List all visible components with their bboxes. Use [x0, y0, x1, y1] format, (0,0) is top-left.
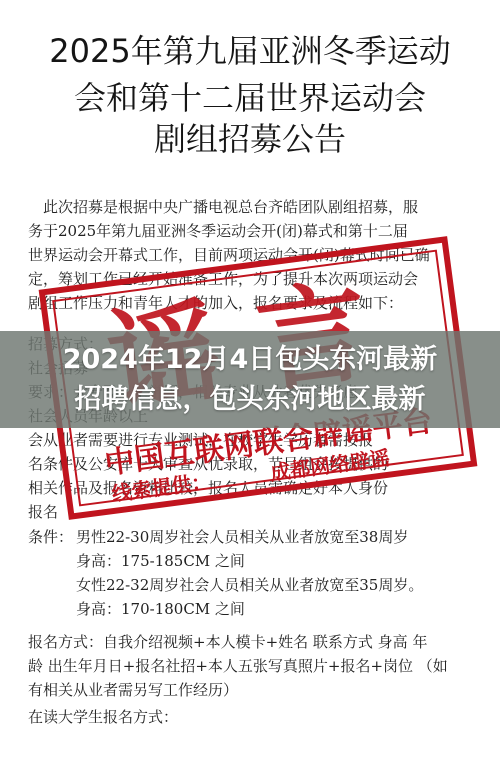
signup-line: 龄 出生年月日+报名社招+本人五张写真照片+报名+岗位 （如	[28, 654, 468, 678]
student-signup-heading: 在读大学生报名方式：	[28, 705, 468, 729]
condition-row: 女性22-32周岁社会人员相关从业者放宽至35周岁。	[28, 573, 423, 597]
poster-title-line-2: 会和第十二届世界运动会	[0, 73, 500, 119]
condition-row: 身高：170-180CM 之间	[28, 597, 423, 621]
poster-title-line-1: 2025年第九届亚洲冬季运动	[0, 26, 500, 72]
signup-paragraph: 报名方式：自我介绍视频+本人模卡+姓名 联系方式 身高 年 龄 出生年月日+报名…	[28, 630, 468, 702]
signup-line: 报名方式：自我介绍视频+本人模卡+姓名 联系方式 身高 年	[28, 630, 468, 654]
condition-text: 男性22-30周岁社会人员相关从业者放宽至38周岁	[76, 528, 408, 546]
student-line: 在读大学生报名方式：	[28, 705, 468, 729]
condition-row: 条件：男性22-30周岁社会人员相关从业者放宽至38周岁	[28, 525, 423, 549]
headline-line-1: 2024年12月4日包头东河最新	[0, 340, 500, 380]
conditions-label: 条件：	[28, 525, 76, 549]
headline-overlay: 2024年12月4日包头东河最新 招聘信息，包头东河地区最新	[0, 340, 500, 420]
headline-line-2: 招聘信息，包头东河地区最新	[0, 380, 500, 420]
intro-line: 务于2025年第九届亚洲冬季运动会开(闭)幕式和第十二届	[28, 219, 468, 243]
condition-row: 身高：175-185CM 之间	[28, 549, 423, 573]
conditions-block: 条件：男性22-30周岁社会人员相关从业者放宽至38周岁 身高：175-185C…	[28, 525, 423, 621]
poster-title-line-3: 剧组招募公告	[0, 114, 500, 160]
intro-line: 此次招募是根据中央广播电视总台齐皓团队剧组招募，服	[28, 195, 468, 219]
signup-line: 有相关从业者需另写工作经历）	[28, 678, 468, 702]
